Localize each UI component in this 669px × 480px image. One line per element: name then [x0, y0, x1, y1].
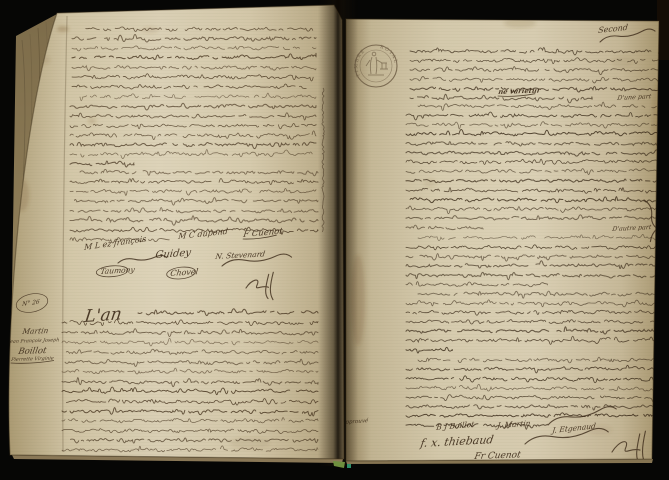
- scanner-artifact-teal: [347, 464, 351, 468]
- left-page-texture: [0, 0, 350, 480]
- signature-chovel-text: Chovel: [170, 266, 200, 278]
- scanned-register-page: TIMBRE ROYAL L'anN° 26MartinJean Françoi…: [0, 0, 669, 480]
- right-page-texture: [340, 0, 669, 480]
- register-scan: TIMBRE ROYAL L'anN° 26MartinJean Françoi…: [0, 0, 669, 480]
- gutter-shadow: [318, 0, 358, 466]
- dropcap-lan: L'an: [82, 304, 123, 327]
- phrase-ne-varietur-text: ne varietur: [498, 87, 543, 96]
- dropcap-lan-text: L'an: [82, 304, 123, 327]
- signature-taumony-text: Taumony: [100, 265, 136, 276]
- margin-name-martin: Martin: [21, 326, 50, 336]
- margin-name-martin-text: Martin: [21, 326, 50, 336]
